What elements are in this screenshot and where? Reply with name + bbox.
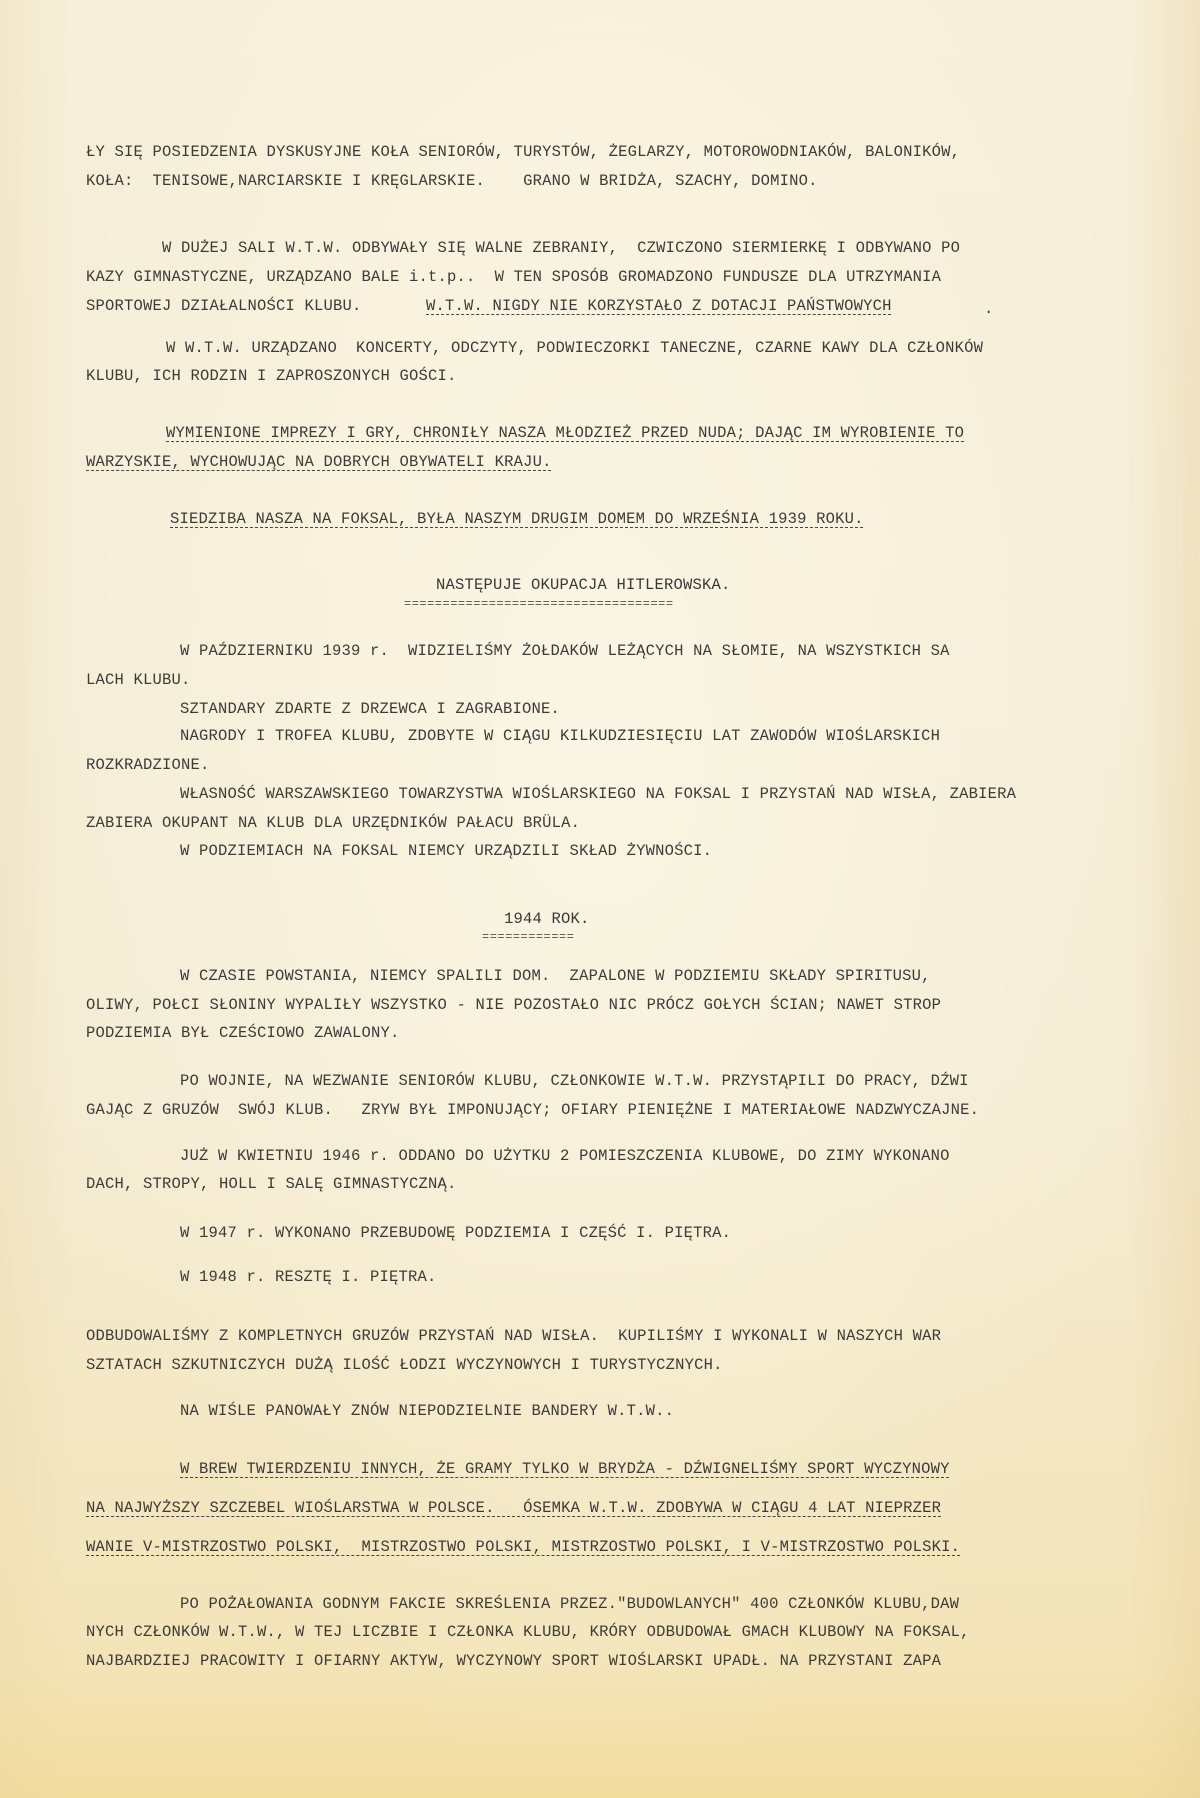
text-line: PO WOJNIE, NA WEZWANIE SENIORÓW KLUBU, C… <box>180 1072 969 1090</box>
text-line: DACH, STROPY, HOLL I SALĘ GIMNASTYCZNĄ. <box>86 1175 457 1193</box>
text-line: W DUŻEJ SALI W.T.W. ODBYWAŁY SIĘ WALNE Z… <box>162 239 960 257</box>
heading-rule: =================================== <box>404 597 674 611</box>
text-line: W PODZIEMIACH NA FOKSAL NIEMCY URZĄDZILI… <box>180 842 712 860</box>
text-line: NAGRODY I TROFEA KLUBU, ZDOBYTE W CIĄGU … <box>180 727 940 745</box>
underlined-line: SIEDZIBA NASZA NA FOKSAL, BYŁA NASZYM DR… <box>170 510 864 528</box>
text-line: NYCH CZŁONKÓW W.T.W., W TEJ LICZBIE I CZ… <box>86 1623 970 1641</box>
text-line: PO POŻAŁOWANIA GODNYM FAKCIE SKREŚLENIA … <box>180 1595 959 1613</box>
text-line: W PAŹDZIERNIKU 1939 r. WIDZIELIŚMY ŻOŁDA… <box>180 642 950 660</box>
text-line: WŁASNOŚĆ WARSZAWSKIEGO TOWARZYSTWA WIOŚL… <box>180 785 1016 803</box>
text-line: SZTATACH SZKUTNICZYCH DUŻĄ ILOŚĆ ŁODZI W… <box>86 1356 723 1374</box>
text-line: W CZASIE POWSTANIA, NIEMCY SPALILI DOM. … <box>180 967 931 985</box>
text-line: ODBUDOWALIŚMY Z KOMPLETNYCH GRUZÓW PRZYS… <box>86 1327 941 1345</box>
underlined-line: WANIE V-MISTRZOSTWO POLSKI, MISTRZOSTWO … <box>86 1538 960 1556</box>
text-line: NAJBARDZIEJ PRACOWITY I OFIARNY AKTYW, W… <box>86 1652 941 1670</box>
section-heading: 1944 ROK. <box>504 910 590 928</box>
text-line: W 1948 r. RESZTĘ I. PIĘTRA. <box>180 1268 437 1286</box>
underlined-statement: W.T.W. NIGDY NIE KORZYSTAŁO Z DOTACJI PA… <box>426 297 892 315</box>
text-line: NA WIŚLE PANOWAŁY ZNÓW NIEPODZIELNIE BAN… <box>180 1402 674 1420</box>
text-line: ZABIERA OKUPANT NA KLUB DLA URZĘDNIKÓW P… <box>86 814 580 832</box>
text-line: KAZY GIMNASTYCZNE, URZĄDZANO BALE i.t.p.… <box>86 268 941 286</box>
underlined-line: WARZYSKIE, WYCHOWUJĄC NA DOBRYCH OBYWATE… <box>86 453 552 471</box>
text-line: SZTANDARY ZDARTE Z DRZEWCA I ZAGRABIONE. <box>180 700 560 718</box>
text-line: KOŁA: TENISOWE,NARCIARSKIE I KRĘGLARSKIE… <box>86 172 818 190</box>
text-line: W W.T.W. URZĄDZANO KONCERTY, ODCZYTY, PO… <box>166 339 983 357</box>
underlined-line: WYMIENIONE IMPREZY I GRY, CHRONIŁY NASZA… <box>166 424 964 442</box>
underlined-line: NA NAJWYŻSZY SZCZEBEL WIOŚLARSTWA W POLS… <box>86 1499 941 1517</box>
text-line: ŁY SIĘ POSIEDZENIA DYSKUSYJNE KOŁA SENIO… <box>86 143 960 161</box>
text-line: GAJĄC Z GRUZÓW SWÓJ KLUB. ZRYW BYŁ IMPON… <box>86 1101 979 1119</box>
text-line: ROZKRADZIONE. <box>86 756 210 774</box>
text-line: SPORTOWEJ DZIAŁALNOŚCI KLUBU. <box>86 297 362 315</box>
text-line: LACH KLUBU. <box>86 671 191 689</box>
underlined-line: W BREW TWIERDZENIU INNYCH, ŻE GRAMY TYLK… <box>180 1460 950 1478</box>
text-line: . <box>984 300 994 318</box>
text-line: JUŻ W KWIETNIU 1946 r. ODDANO DO UŻYTKU … <box>180 1147 950 1165</box>
text-line: OLIWY, POŁCI SŁONINY WYPALIŁY WSZYSTKO -… <box>86 996 941 1014</box>
text-line: PODZIEMIA BYŁ CZEŚCIOWO ZAWALONY. <box>86 1024 400 1042</box>
typewritten-page: ŁY SIĘ POSIEDZENIA DYSKUSYJNE KOŁA SENIO… <box>0 0 1200 1798</box>
heading-rule: ============ <box>482 930 574 944</box>
section-heading: NASTĘPUJE OKUPACJA HITLEROWSKA. <box>436 576 731 594</box>
text-line: W 1947 r. WYKONANO PRZEBUDOWĘ PODZIEMIA … <box>180 1224 731 1242</box>
text-line: KLUBU, ICH RODZIN I ZAPROSZONYCH GOŚCI. <box>86 367 457 385</box>
